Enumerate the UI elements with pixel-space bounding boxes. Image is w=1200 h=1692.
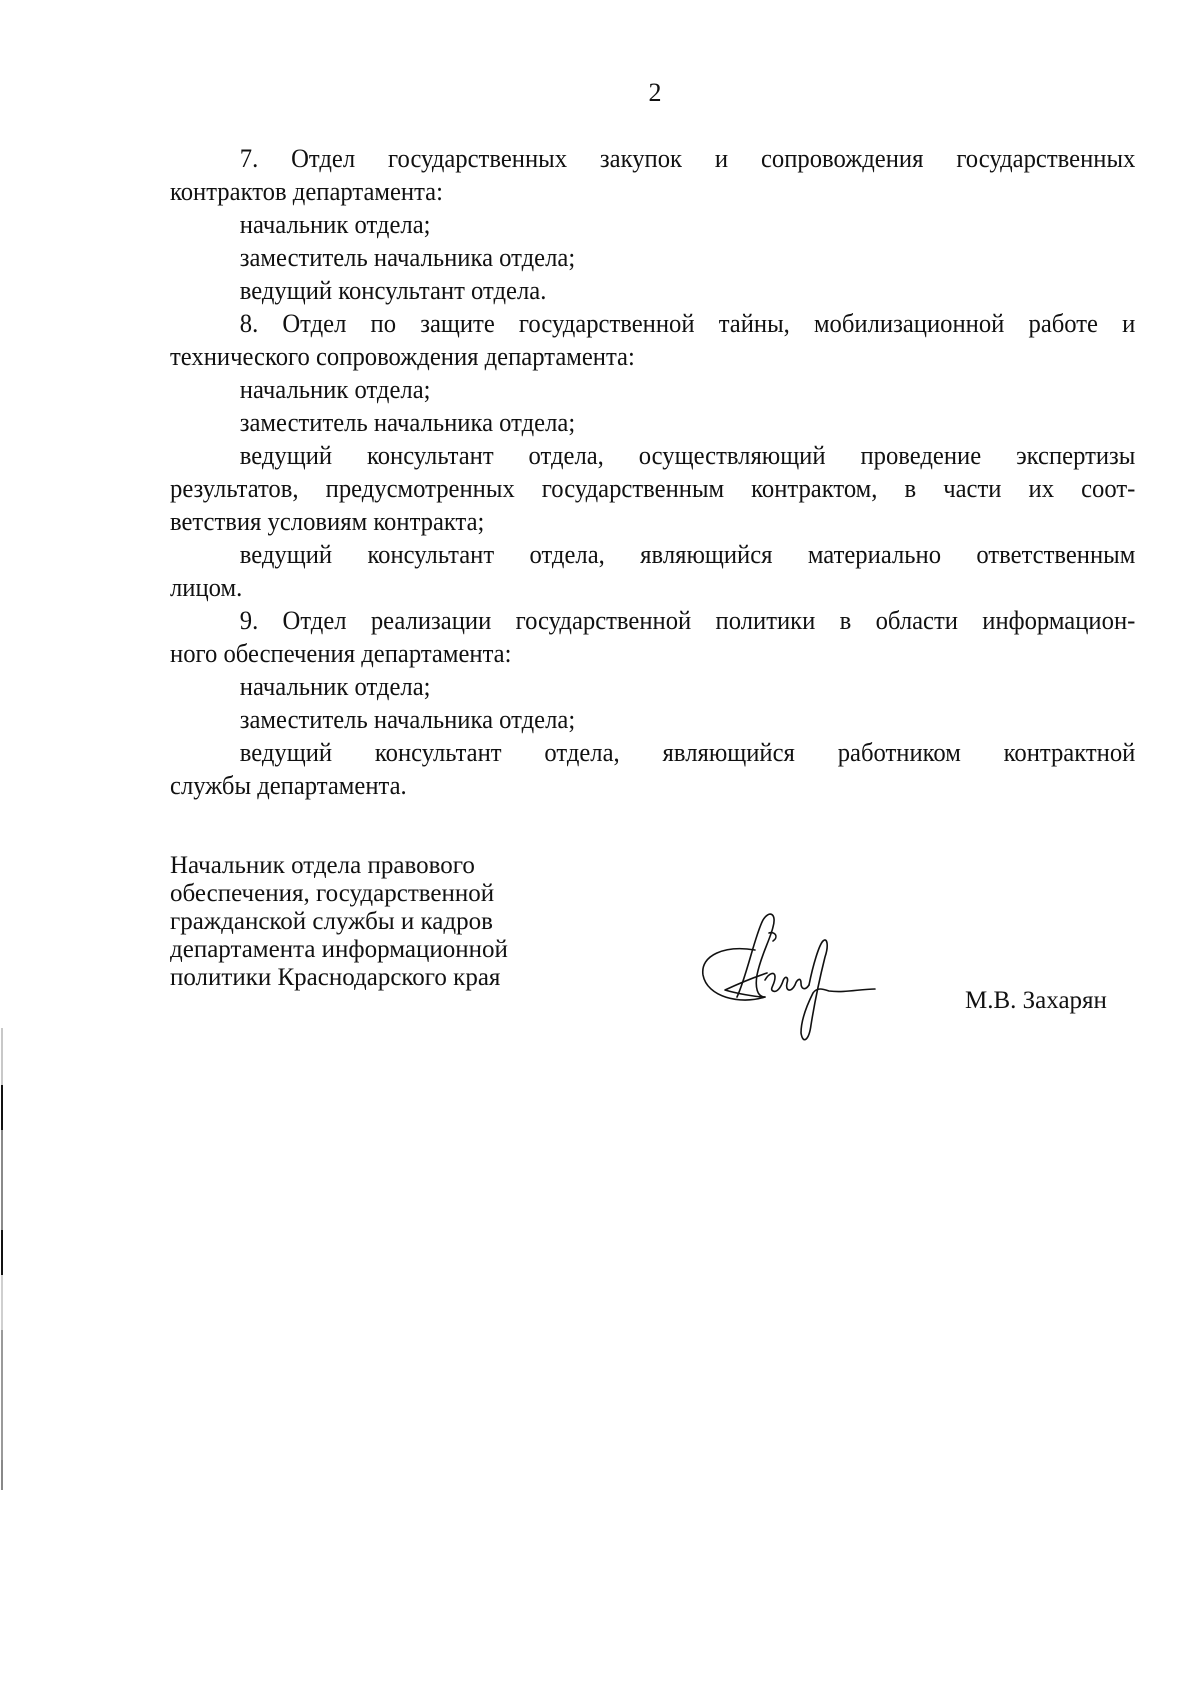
signature-icon	[695, 905, 885, 1055]
body-line: результатов, предусмотренных государстве…	[170, 472, 1135, 505]
body-line: ного обеспечения департамента:	[170, 637, 1135, 670]
edge-segment	[1, 1028, 3, 1085]
edge-segment	[1, 1460, 3, 1490]
edge-segment	[1, 1085, 3, 1130]
signatory-position: Начальник отдела правового обеспечения, …	[170, 852, 610, 992]
body-line: начальник отдела;	[170, 373, 1135, 406]
body-line: службы департамента.	[170, 769, 1135, 802]
body-line: ведущий консультант отдела, являющийся м…	[170, 538, 1135, 571]
body-line: начальник отдела;	[170, 208, 1135, 241]
body-line: лицом.	[170, 571, 1135, 604]
signer-name: М.В. Захарян	[965, 986, 1107, 1016]
body-line: заместитель начальника отдела;	[170, 703, 1135, 736]
body-line: начальник отдела;	[170, 670, 1135, 703]
document-body: 7. Отдел государственных закупок и сопро…	[170, 142, 1135, 802]
edge-segment	[1, 1130, 3, 1230]
body-line: ведущий консультант отдела, осуществляющ…	[170, 439, 1135, 472]
body-line: 8. Отдел по защите государственной тайны…	[170, 307, 1135, 340]
edge-segment	[1, 1230, 3, 1275]
page-number: 2	[0, 78, 1200, 108]
body-line: ведущий консультант отдела, являющийся р…	[170, 736, 1135, 769]
body-line: 9. Отдел реализации государственной поли…	[170, 604, 1135, 637]
position-line: обеспечения, государственной	[170, 880, 610, 908]
position-line: гражданской службы и кадров	[170, 908, 610, 936]
position-line: политики Краснодарского края	[170, 964, 610, 992]
position-line: Начальник отдела правового	[170, 852, 610, 880]
position-line: департамента информационной	[170, 936, 610, 964]
edge-segment	[1, 1275, 3, 1330]
body-line: технического сопровождения департамента:	[170, 340, 1135, 373]
body-line: ветствия условиям контракта;	[170, 505, 1135, 538]
body-line: ведущий консультант отдела.	[170, 274, 1135, 307]
body-line: заместитель начальника отдела;	[170, 241, 1135, 274]
edge-segment	[1, 1330, 3, 1460]
body-line: 7. Отдел государственных закупок и сопро…	[170, 142, 1135, 175]
body-line: заместитель начальника отдела;	[170, 406, 1135, 439]
body-line: контрактов департамента:	[170, 175, 1135, 208]
